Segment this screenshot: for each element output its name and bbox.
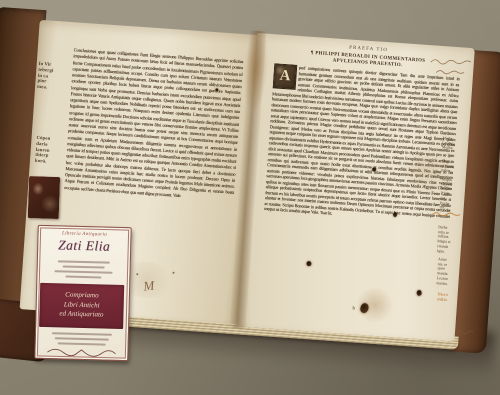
card-maroon-band: Compriamo Libri Antichi ed Antiquariato [39,283,124,329]
card-contact-line [58,342,106,345]
card-contact-line [55,337,109,340]
woodcut-initial: A [273,63,298,90]
handwritten-annotation [455,328,474,337]
right-margin-note-4: Barba rolia ar ruffans. Magia si vitanda… [436,225,465,255]
left-margin-note-1: Io Vir tebergi in ca pior mea. [37,62,67,93]
photo-scene: Io Vir tebergi in ca pior mea. Cōpen dar… [0,0,500,395]
card-contact-line [52,332,112,335]
left-margin-note-2: Cōpen daria lauren thierp korū. [35,136,65,167]
right-margin-note-rubric: Necro mãtia. [437,292,465,303]
bookseller-card: Libreria Antiquaria Zati Elia Compriamo … [34,225,131,361]
card-address-line [55,270,113,273]
woodcut-vignette [28,176,60,219]
card-name: Zati Elia [38,237,130,255]
card-address-line [58,260,110,263]
card-address-line [63,265,105,268]
right-margin-note-5: Arme nia. re spon mantia. Lecano mantia. [436,257,465,287]
right-margin-note-1: Media, Lamigla Mediæ. [442,136,470,152]
card-address-line [65,276,101,279]
card-flourish-ornament [46,347,116,358]
